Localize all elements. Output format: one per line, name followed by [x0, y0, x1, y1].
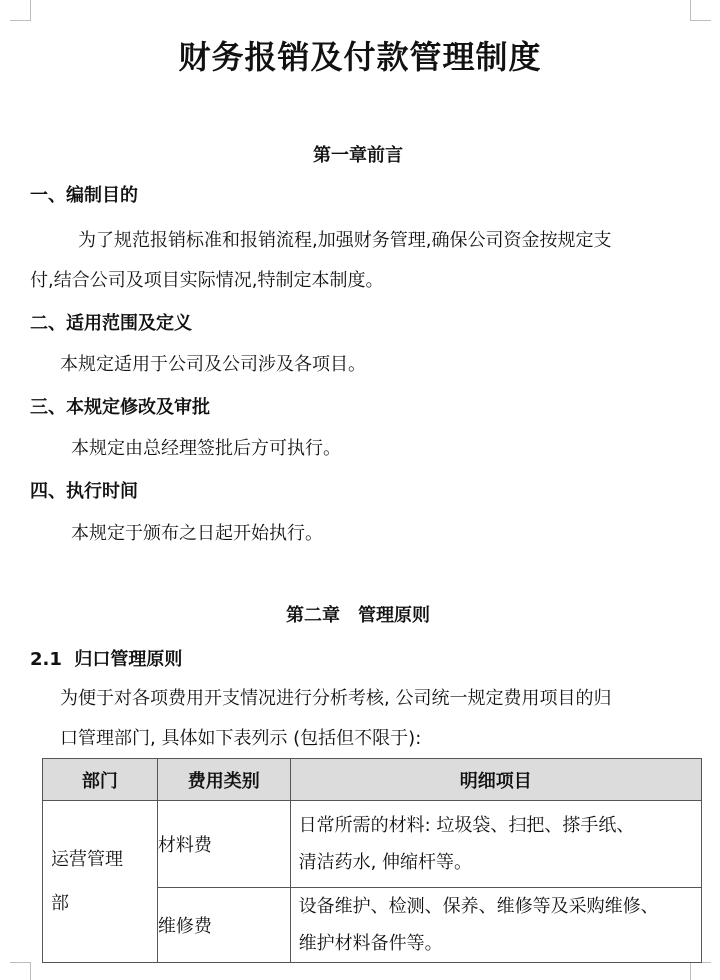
- page-corner-mark-top-left: [10, 0, 31, 21]
- section-heading-amendment: 三、本规定修改及审批: [30, 393, 210, 419]
- page-corner-mark-bottom-left: [10, 962, 31, 980]
- department-line-1: 运营管理: [51, 838, 157, 882]
- expense-department-table: 部门 费用类别 明细项目 运营管理 部 材料费 日常所需的材料: 垃圾袋、扫把、…: [42, 758, 702, 963]
- table-row: 运营管理 部 材料费 日常所需的材料: 垃圾袋、扫把、搽手纸、 清洁药水, 伸缩…: [43, 801, 702, 888]
- page-corner-mark-bottom-right: [690, 962, 711, 980]
- section-heading-effective-date: 四、执行时间: [30, 477, 138, 503]
- chapter-1-title: 第一章前言: [0, 141, 716, 167]
- table-header-category: 费用类别: [157, 759, 290, 801]
- section-heading-scope: 二、适用范围及定义: [30, 309, 192, 335]
- department-line-2: 部: [51, 882, 157, 926]
- detail-line: 设备维护、检测、保养、维修等及采购维修、: [299, 888, 693, 925]
- paragraph-scope: 本规定适用于公司及公司涉及各项目。: [60, 350, 366, 376]
- paragraph-amendment: 本规定由总经理签批后方可执行。: [71, 434, 341, 460]
- paragraph-purpose-line-2: 付,结合公司及项目实际情况,特制定本制度。: [30, 266, 383, 292]
- detail-line: 日常所需的材料: 垃圾袋、扫把、搽手纸、: [299, 807, 693, 844]
- table-cell-category: 材料费: [157, 801, 290, 888]
- chapter-2-title: 第二章 管理原则: [0, 601, 716, 627]
- table-cell-department: 运营管理 部: [43, 801, 158, 963]
- paragraph-2-1-line-2: 口管理部门, 具体如下表列示 (包括但不限于):: [60, 724, 421, 750]
- detail-line: 清洁药水, 伸缩杆等。: [299, 844, 693, 881]
- table-header-department: 部门: [43, 759, 158, 801]
- paragraph-purpose-line-1: 为了规范报销标准和报销流程,加强财务管理,确保公司资金按规定支: [78, 226, 611, 252]
- table-header-row: 部门 费用类别 明细项目: [43, 759, 702, 801]
- document-title: 财务报销及付款管理制度: [0, 32, 720, 78]
- detail-line: 维护材料备件等。: [299, 925, 693, 962]
- table-cell-details: 日常所需的材料: 垃圾袋、扫把、搽手纸、 清洁药水, 伸缩杆等。: [290, 801, 701, 888]
- section-heading-purpose: 一、编制目的: [30, 181, 138, 207]
- page-corner-mark-top-right: [690, 0, 711, 21]
- table-header-details: 明细项目: [290, 759, 701, 801]
- table-cell-details: 设备维护、检测、保养、维修等及采购维修、 维护材料备件等。: [290, 888, 701, 963]
- paragraph-2-1-line-1: 为便于对各项费用开支情况进行分析考核, 公司统一规定费用项目的归: [60, 684, 611, 710]
- section-heading-2-1: 2.1 归口管理原则: [30, 645, 182, 671]
- table-cell-category: 维修费: [157, 888, 290, 963]
- paragraph-effective-date: 本规定于颁布之日起开始执行。: [71, 519, 323, 545]
